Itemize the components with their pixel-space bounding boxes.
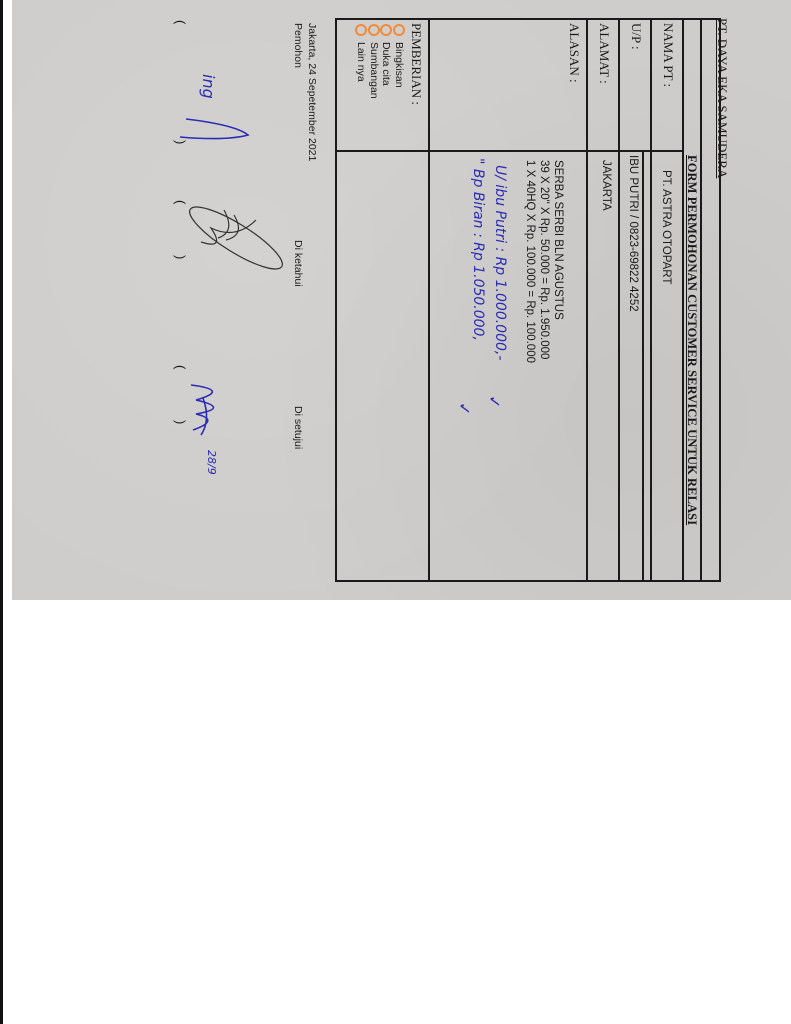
pemohon-paren-open: ( xyxy=(173,20,188,24)
form-title: FORM PERMOHONAN CUSTOMER SERVICE UNTUK R… xyxy=(684,155,699,525)
label-up: U/P : xyxy=(628,23,644,50)
handwritten-note-1: U/ ibu Putri : Rp 1.000.000,- xyxy=(492,165,508,360)
value-nama-pt[interactable]: PT. ASTRA OTOPART xyxy=(660,170,672,284)
label-alasan: ALASAN : xyxy=(566,23,582,83)
check-mark-icon: ✓ xyxy=(455,402,474,415)
radio-icon[interactable] xyxy=(393,24,405,36)
pemohon-signature-stroke xyxy=(176,115,256,145)
row-divider xyxy=(650,18,652,582)
disetujui-date-note: 28/9 xyxy=(205,450,218,475)
handwritten-note-2: " Bp Biran : Rp 1.050.000, xyxy=(470,158,486,341)
option-label: Sumbangan xyxy=(368,42,380,99)
option-duka-cita[interactable]: Duka cita xyxy=(380,24,393,99)
value-up[interactable]: IBU PUTRI / 0823-69822 4252 xyxy=(627,155,639,312)
pemberian-options: Bingkisan Duka cita Sumbangan Lain nya xyxy=(355,24,405,99)
value-alamat[interactable]: JAKARTA xyxy=(600,160,612,211)
column-divider xyxy=(337,150,684,152)
label-nama-pt: NAMA PT : xyxy=(660,23,676,87)
diketahui-signature xyxy=(176,180,296,300)
option-lain-nya[interactable]: Lain nya xyxy=(355,24,368,99)
pemohon-signature: ing xyxy=(199,74,218,99)
label-alamat: ALAMAT : xyxy=(596,23,612,84)
row-divider xyxy=(428,18,430,582)
option-bingkisan[interactable]: Bingkisan xyxy=(393,24,406,99)
label-pemberian: PEMBERIAN : xyxy=(408,23,424,105)
radio-icon[interactable] xyxy=(355,24,367,36)
disetujui-paren-open: ( xyxy=(173,365,188,369)
value-alasan-line-1[interactable]: SERBA SERBI BLN AGUSTUS xyxy=(552,160,564,320)
row-divider xyxy=(700,18,702,582)
up-value-divider xyxy=(643,150,645,582)
radio-icon[interactable] xyxy=(368,24,380,36)
place-date: Jakarta, 24 Sepetember 2021 xyxy=(306,23,318,161)
row-divider xyxy=(586,18,588,582)
value-alasan-line-3[interactable]: 1 X 40HQ X Rp. 100.000 = Rp. 100.000 xyxy=(524,160,536,363)
check-mark-icon: ✓ xyxy=(485,395,504,408)
value-alasan-line-2[interactable]: 39 X 20" X Rp. 50.000 = Rp. 1.950.000 xyxy=(538,160,550,359)
option-label: Lain nya xyxy=(355,42,367,82)
option-sumbangan[interactable]: Sumbangan xyxy=(368,24,381,99)
row-divider xyxy=(618,18,620,582)
pemohon-label: Pemohon xyxy=(292,23,304,68)
option-label: Bingkisan xyxy=(393,42,405,88)
option-label: Duka cita xyxy=(380,42,392,86)
rotated-form: PT. DAYA EKA SAMUDERA FORM PERMOHONAN CU… xyxy=(0,10,736,610)
radio-icon[interactable] xyxy=(380,24,392,36)
disetujui-signature xyxy=(181,380,241,440)
disetujui-label: Di setujui xyxy=(292,406,304,449)
